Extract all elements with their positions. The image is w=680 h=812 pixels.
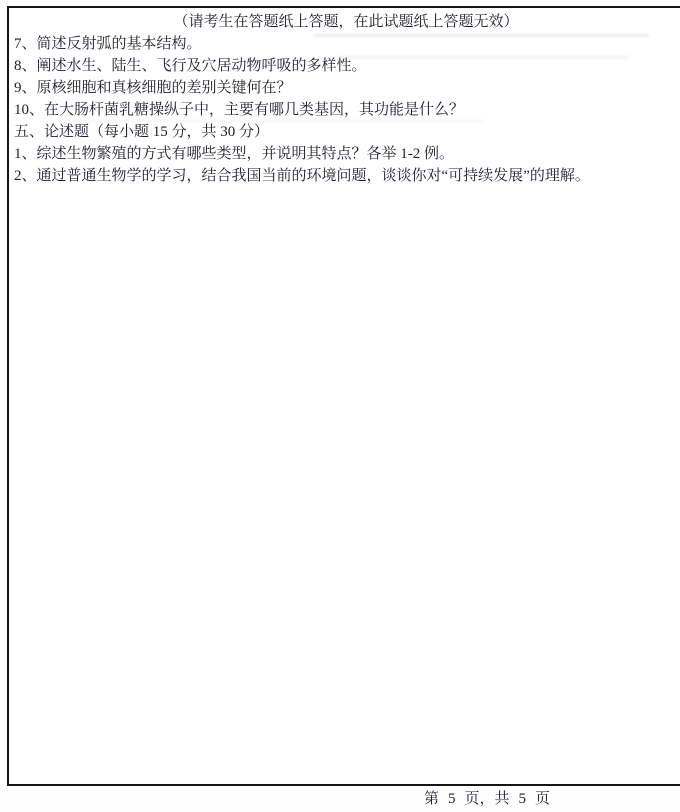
- answer-sheet-notice: （请考生在答题纸上答题，在此试题纸上答题无效）: [14, 11, 678, 33]
- question-7: 7、简述反射弧的基本结构。: [14, 33, 678, 55]
- page-number-footer: 第 5 页，共 5 页: [424, 787, 550, 808]
- footer-page-suffix: 页: [535, 787, 550, 808]
- question-10: 10、在大肠杆菌乳糖操纵子中，主要有哪几类基因，其功能是什么？: [14, 99, 678, 121]
- footer-page-prefix: 第: [424, 787, 439, 808]
- footer-page-middle: 页，共: [465, 787, 510, 808]
- question-8: 8、阐述水生、陆生、飞行及穴居动物呼吸的多样性。: [14, 55, 678, 77]
- footer-current-page: 5: [448, 791, 456, 808]
- exam-content-frame: （请考生在答题纸上答题，在此试题纸上答题无效） 7、简述反射弧的基本结构。 8、…: [7, 6, 680, 786]
- section-5-heading: 五、论述题（每小题 15 分，共 30 分）: [14, 121, 678, 143]
- question-9: 9、原核细胞和真核细胞的差别关键何在？: [14, 77, 678, 99]
- essay-question-2: 2、通过普通生物学的学习，结合我国当前的环境问题，谈谈你对“可持续发展”的理解。: [14, 165, 678, 187]
- essay-question-1: 1、综述生物繁殖的方式有哪些类型，并说明其特点？各举 1-2 例。: [14, 143, 678, 165]
- footer-total-pages: 5: [519, 791, 527, 808]
- exam-paper-page: （请考生在答题纸上答题，在此试题纸上答题无效） 7、简述反射弧的基本结构。 8、…: [0, 0, 680, 812]
